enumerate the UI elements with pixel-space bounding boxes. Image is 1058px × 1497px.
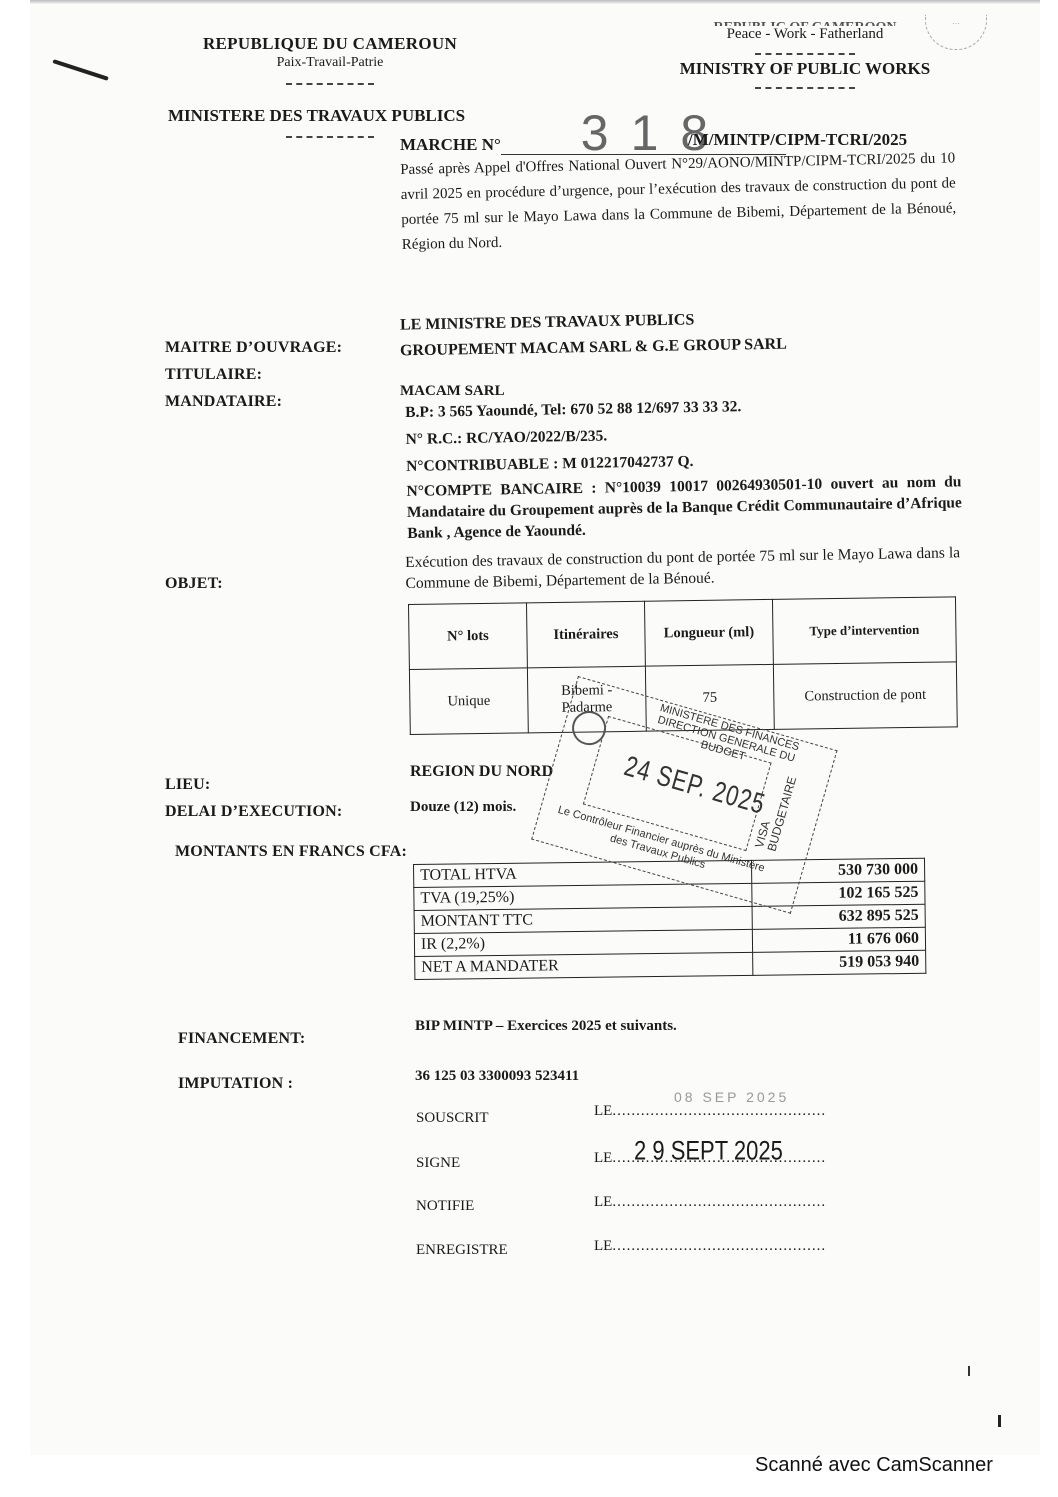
financement-value: BIP MINTP – Exercices 2025 et suivants.	[415, 1018, 677, 1035]
enregistre-label: ENREGISTRE	[416, 1242, 508, 1259]
le-prefix: LE	[594, 1150, 612, 1166]
maitre-ouvrage-label: MAITRE D’OUVRAGE:	[165, 339, 342, 357]
titulaire-label: TITULAIRE:	[165, 366, 262, 384]
lieu-label: LIEU:	[165, 776, 210, 794]
separator	[286, 136, 374, 138]
mandataire-label: MANDATAIRE:	[165, 393, 282, 411]
motto-fr: Paix-Travail-Patrie	[180, 55, 480, 71]
table-header-row: N° lots Itinéraires Longueur (ml) Type d…	[409, 597, 957, 670]
table-header: Type d’intervention	[772, 597, 956, 665]
camscanner-watermark: Scanné avec CamScanner	[755, 1454, 993, 1477]
dotted-line: ........................................…	[612, 1103, 826, 1119]
signe-label: SIGNE	[416, 1155, 460, 1172]
table-cell: Unique	[409, 668, 528, 735]
souscrit-label: SOUSCRIT	[416, 1110, 489, 1127]
montants-label: MONTANTS EN FRANCS CFA:	[175, 843, 407, 861]
amount-value: 11 676 060	[752, 927, 925, 952]
financement-label: FINANCEMENT:	[178, 1030, 305, 1048]
table-cell: Construction de pont	[773, 662, 957, 730]
imputation-label: IMPUTATION :	[178, 1075, 293, 1093]
lieu-value: REGION DU NORD	[410, 763, 553, 781]
header-right: REPUBLIC OF CAMEROON Peace - Work - Fath…	[660, 28, 950, 89]
page-edge-shadow	[30, 0, 1040, 4]
dotted-line: ........................................…	[612, 1238, 826, 1254]
notifie-date-field: LE......................................…	[594, 1194, 912, 1211]
le-prefix: LE	[594, 1238, 612, 1254]
table-header: N° lots	[409, 603, 528, 670]
mandataire-details: B.P: 3 565 Yaoundé, Tel: 670 52 88 12/69…	[405, 392, 962, 544]
delai-value: Douze (12) mois.	[410, 799, 516, 816]
souscrit-date-field: LE......................................…	[594, 1103, 912, 1120]
mandataire-value: MACAM SARL	[400, 383, 505, 400]
motto-en: Peace - Work - Fatherland	[660, 26, 950, 43]
marche-label: MARCHE N°	[400, 135, 501, 154]
separator	[755, 53, 855, 55]
header-left: REPUBLIQUE DU CAMEROUN Paix-Travail-Patr…	[180, 34, 480, 85]
le-prefix: LE	[594, 1103, 612, 1119]
amount-label: NET A MANDATER	[415, 952, 753, 979]
signe-date-field: LE......................................…	[594, 1150, 912, 1167]
rc-number: N° R.C.: RC/YAO/2022/B/235.	[405, 419, 960, 450]
table-header: Itinéraires	[526, 601, 645, 668]
enregistre-date-field: LE......................................…	[594, 1238, 912, 1255]
faint-date-stamp: 08 SEP 2025	[674, 1089, 789, 1105]
table-header: Longueur (ml)	[644, 599, 773, 666]
ministry-en: MINISTRY OF PUBLIC WORKS	[660, 59, 950, 79]
ministry-fr: MINISTERE DES TRAVAUX PUBLICS	[168, 106, 465, 126]
bank-account-label: N°COMPTE BANCAIRE :	[406, 480, 596, 500]
imputation-value: 36 125 03 3300093 523411	[415, 1068, 579, 1085]
separator	[286, 83, 374, 85]
bank-account: N°COMPTE BANCAIRE : N°10039 10017 002649…	[406, 471, 962, 544]
separator	[755, 87, 855, 89]
objet-label: OBJET:	[165, 575, 223, 593]
marche-reference: /M/MINTP/CIPM-TCRI/2025	[688, 130, 907, 150]
country-name-fr: REPUBLIQUE DU CAMEROUN	[180, 34, 480, 54]
delai-label: DELAI D’EXECUTION:	[165, 803, 342, 821]
mark	[998, 1415, 1001, 1427]
notifie-label: NOTIFIE	[416, 1198, 474, 1215]
marche-description: Passé après Appel d'Offres National Ouve…	[400, 146, 957, 258]
dotted-line: ........................................…	[612, 1194, 826, 1210]
le-prefix: LE	[594, 1194, 612, 1210]
mark	[968, 1366, 970, 1376]
amount-value: 519 053 940	[753, 950, 926, 975]
signed-date-stamp: 2 9 SEPT 2025	[634, 1135, 783, 1166]
